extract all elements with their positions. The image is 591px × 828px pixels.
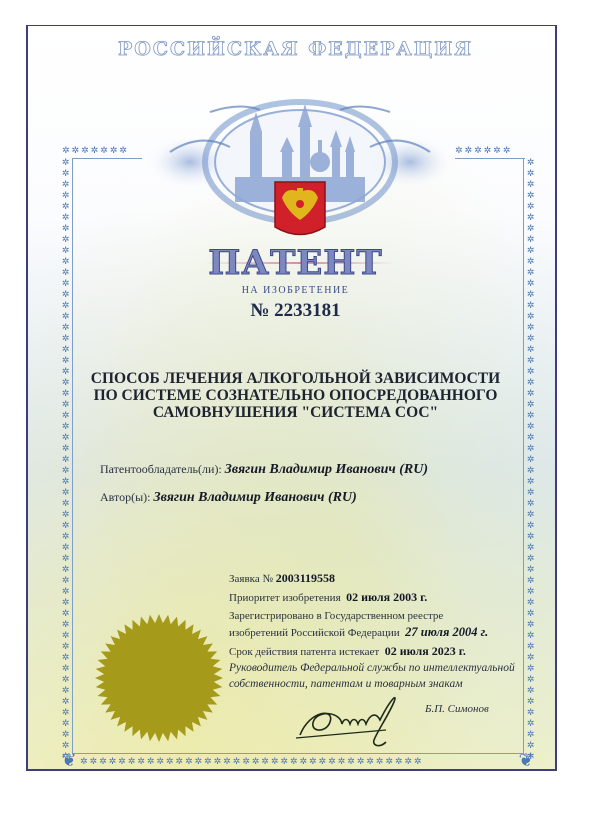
ornament-rule-top-left: [72, 158, 142, 159]
expiry-label: Срок действия патента истекает: [229, 646, 379, 658]
patent-author-value: Звягин Владимир Иванович (RU): [154, 490, 357, 505]
expiry-date: 02 июля 2023 г.: [385, 644, 466, 658]
patent-holder: Патентообладатель(ли): Звягин Владимир И…: [100, 462, 428, 478]
document-type-title: ПАТЕНТ: [0, 243, 591, 283]
patent-holder-value: Звягин Владимир Иванович (RU): [225, 462, 428, 477]
registered-date: 27 июля 2004 г.: [405, 625, 488, 639]
patent-number: № 2233181: [0, 300, 591, 322]
invention-title-line: ПО СИСТЕМЕ СОЗНАТЕЛЬНО ОПОСРЕДОВАННОГО: [60, 387, 531, 404]
invention-title-line: САМОВНУШЕНИЯ "СИСТЕМА СОС": [60, 404, 531, 421]
signatory-role-line: Руководитель Федеральной службы по интел…: [229, 660, 529, 676]
application-label: Заявка №: [229, 573, 273, 585]
ornament-rule-bottom: [72, 753, 524, 754]
application-number: 2003119558: [276, 571, 335, 585]
registered-label: изобретений Российской Федерации: [229, 627, 400, 639]
gold-seal-icon: [93, 612, 225, 744]
invention-title-line: СПОСОБ ЛЕЧЕНИЯ АЛКОГОЛЬНОЙ ЗАВИСИМОСТИ: [60, 370, 531, 387]
kremlin-wreath-icon: [150, 92, 450, 242]
patent-author: Автор(ы): Звягин Владимир Иванович (RU): [100, 490, 357, 506]
signature-icon: [290, 690, 410, 750]
patent-author-label: Автор(ы):: [100, 490, 151, 504]
signatory-role: Руководитель Федеральной службы по интел…: [229, 660, 529, 692]
corner-swirl-bottom-left-icon: ❦: [58, 750, 80, 772]
document-type-subtitle: НА ИЗОБРЕТЕНИЕ: [0, 285, 591, 296]
registered-line-1: Зарегистрировано в Государственном реест…: [229, 608, 488, 624]
country-header: РОССИЙСКАЯ ФЕДЕРАЦИЯ: [0, 38, 591, 60]
invention-title: СПОСОБ ЛЕЧЕНИЯ АЛКОГОЛЬНОЙ ЗАВИСИМОСТИ П…: [60, 370, 531, 421]
ornament-rule-top-right: [455, 158, 525, 159]
application-line: Заявка № 2003119558: [229, 570, 488, 587]
expiry-line: Срок действия патента истекает 02 июля 2…: [229, 643, 488, 660]
priority-line: Приоритет изобретения 02 июля 2003 г.: [229, 589, 488, 606]
patent-holder-label: Патентообладатель(ли):: [100, 462, 222, 476]
signatory-name: Б.П. Симонов: [425, 703, 489, 715]
kremlin-emblem: [150, 92, 450, 242]
priority-date: 02 июля 2003 г.: [346, 590, 427, 604]
ornament-top-right: ✲✲✲✲✲✲: [455, 146, 535, 157]
registered-line-2: изобретений Российской Федерации 27 июля…: [229, 624, 488, 641]
corner-swirl-bottom-right-icon: ❦: [515, 750, 537, 772]
ornament-bottom: ✲✲✲✲✲✲✲✲✲✲✲✲✲✲✲✲✲✲✲✲✲✲✲✲✲✲✲✲✲✲✲✲✲✲✲✲: [80, 757, 520, 768]
priority-label: Приоритет изобретения: [229, 592, 341, 604]
registration-details: Заявка № 2003119558 Приоритет изобретени…: [229, 570, 488, 662]
ornament-top-left: ✲✲✲✲✲✲✲: [62, 146, 152, 157]
coat-of-arms-icon: [275, 182, 325, 235]
